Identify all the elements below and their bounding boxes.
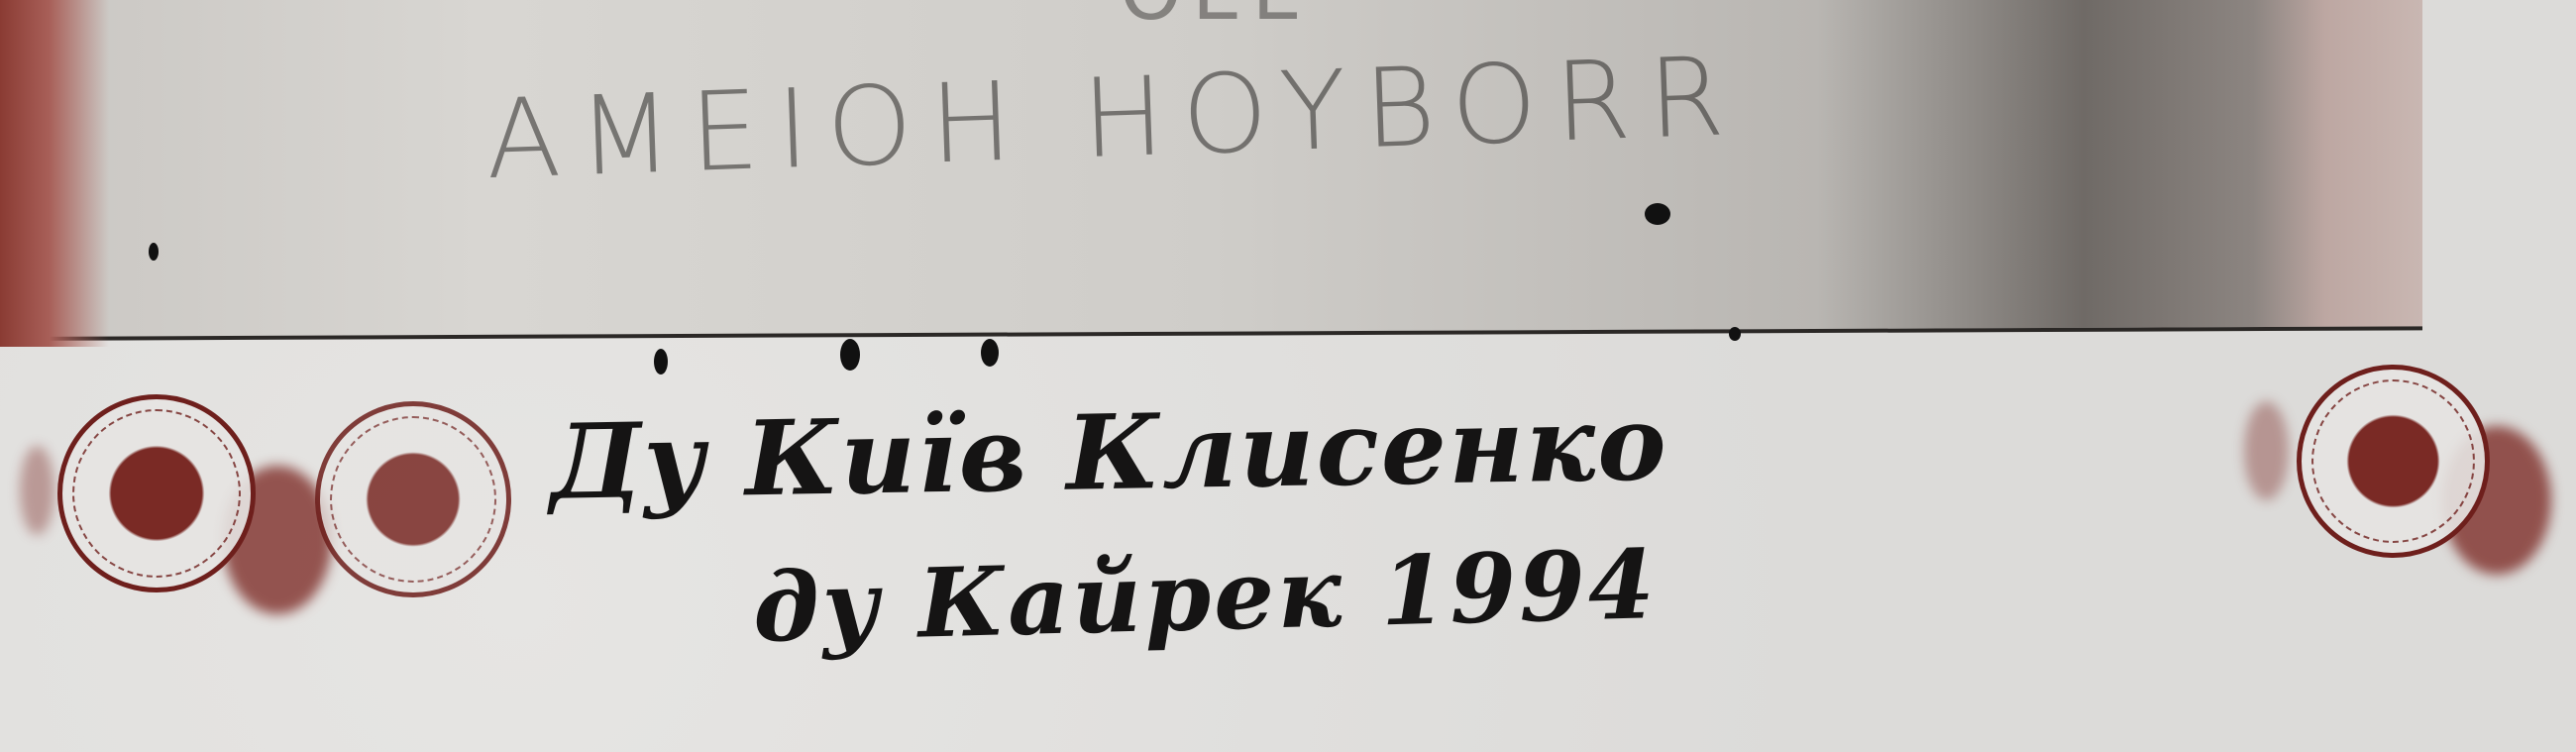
- collector-stamp-right: [2297, 365, 2490, 558]
- ink-splatter: [981, 339, 999, 367]
- ink-splatter: [1645, 203, 1670, 225]
- handwritten-inscription-line-2: ду Кайрек 1994: [752, 528, 1659, 664]
- stamp-ring: [330, 416, 496, 583]
- ink-splatter: [654, 349, 668, 375]
- collector-stamp-left: [57, 394, 256, 592]
- collector-stamp-center-left: [315, 401, 511, 597]
- ink-splatter: [149, 243, 159, 261]
- handwritten-inscription-line-1: Ду Київ Клисенко: [549, 381, 1669, 523]
- ink-splatter: [840, 339, 860, 371]
- stamp-ring: [2311, 379, 2475, 543]
- plate-red-border: [0, 0, 109, 347]
- plate-incised-text-top: ОЕЕ: [1120, 0, 1312, 38]
- red-ink-smudge: [20, 446, 54, 535]
- ink-splatter: [1729, 327, 1741, 341]
- stamp-ring: [72, 409, 241, 578]
- red-ink-smudge: [2244, 401, 2289, 500]
